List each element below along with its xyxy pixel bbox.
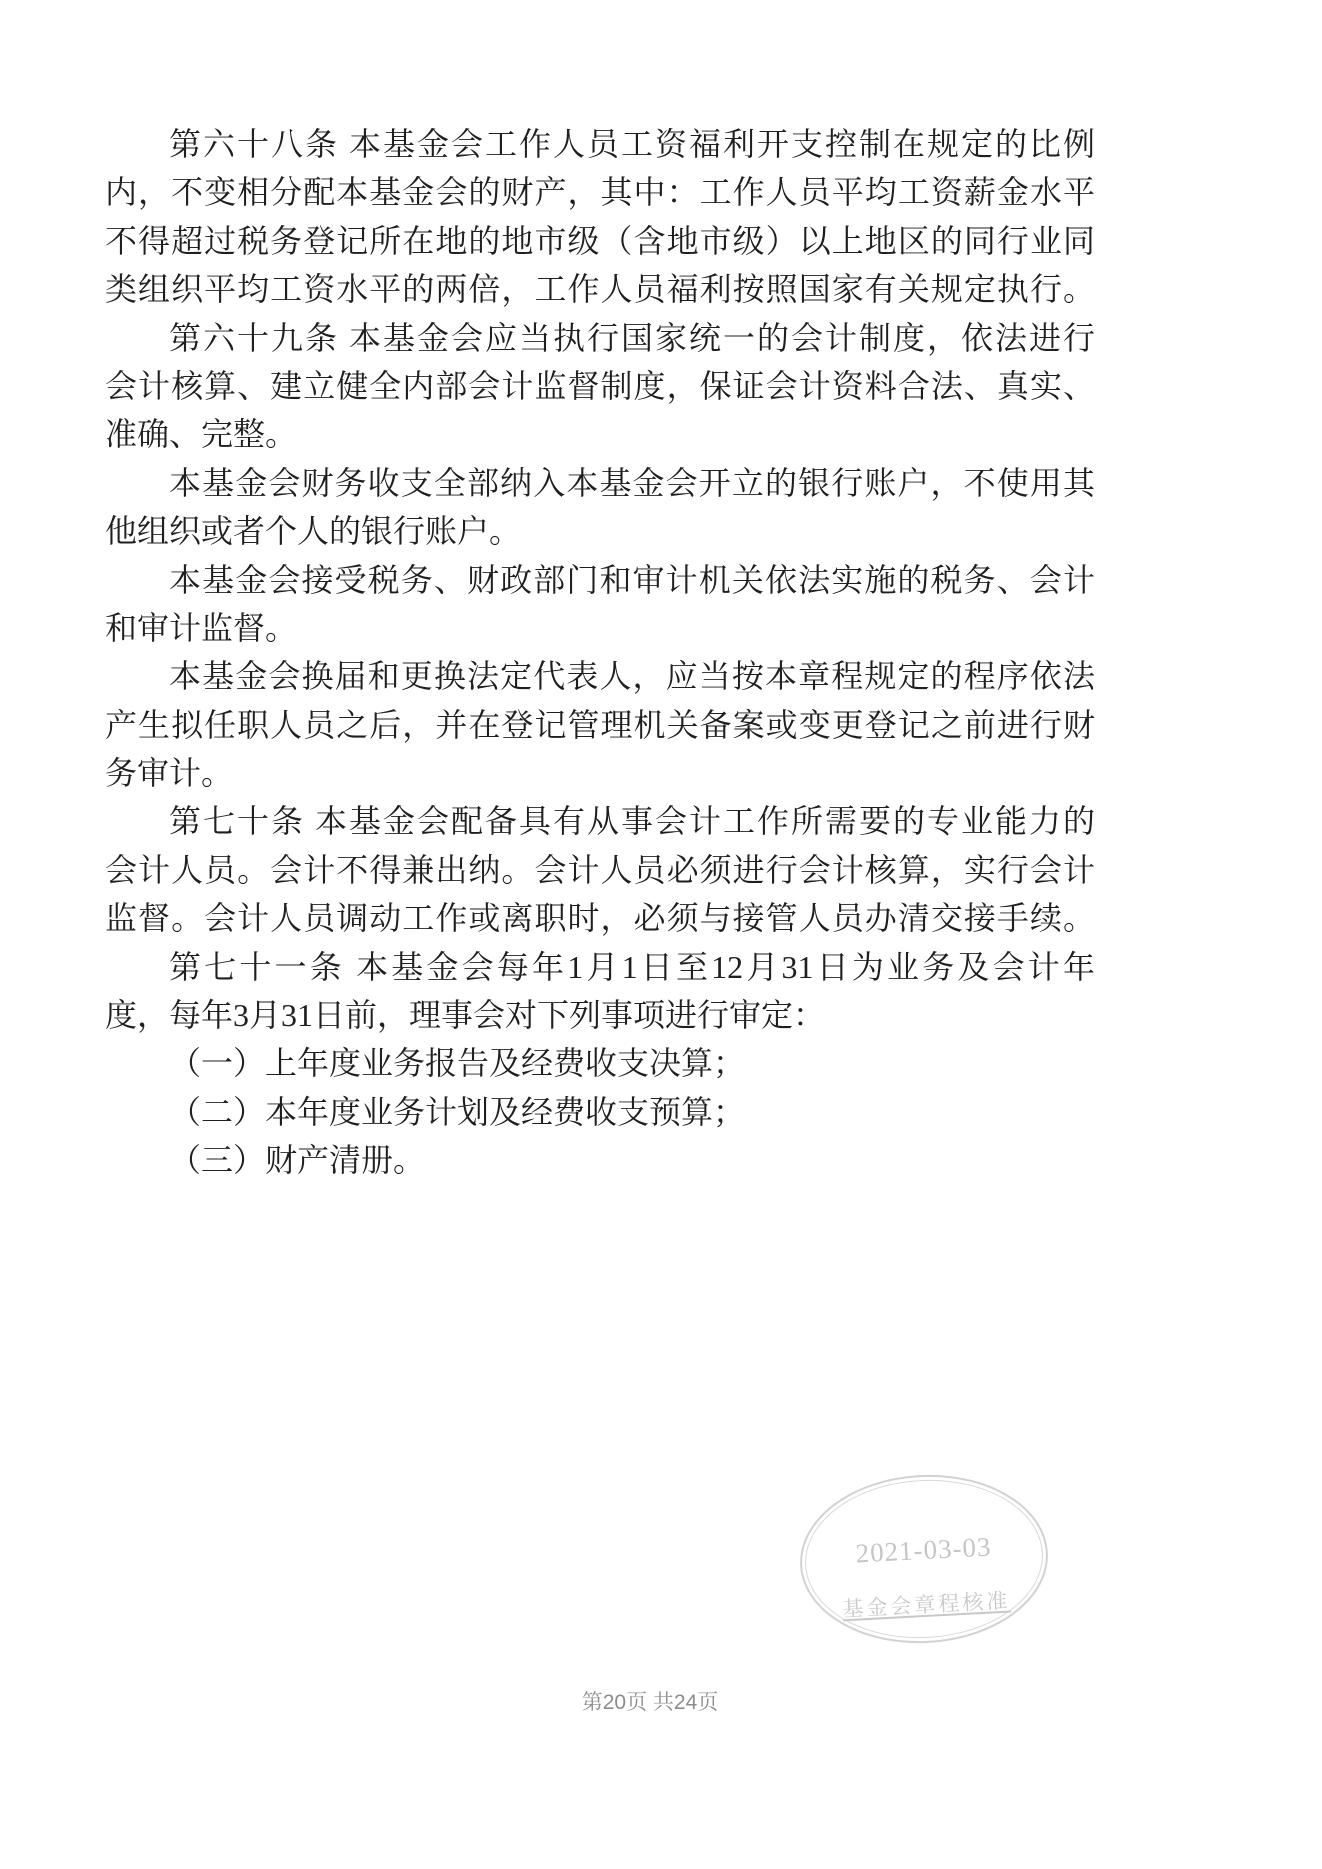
stamp-date-text: 2021-03-03 bbox=[801, 1529, 1046, 1573]
body-line-article-71: 第七十一条 本基金会每年1月1日至12月31日为业务及会计年 bbox=[105, 943, 1095, 991]
body-line: 度，每年3月31日前，理事会对下列事项进行审定： bbox=[105, 991, 1095, 1039]
page-number: 第20页 共24页 bbox=[0, 1686, 1300, 1716]
body-line: 会计核算、建立健全内部会计监督制度，保证会计资料合法、真实、 bbox=[105, 362, 1095, 410]
body-line: 不得超过税务登记所在地的地市级（含地市级）以上地区的同行业同 bbox=[105, 217, 1095, 265]
body-line: 类组织平均工资水平的两倍，工作人员福利按照国家有关规定执行。 bbox=[105, 265, 1095, 313]
body-line: 准确、完整。 bbox=[105, 410, 1095, 458]
body-line: 务审计。 bbox=[105, 749, 1095, 797]
body-line-article-68: 第六十八条 本基金会工作人员工资福利开支控制在规定的比例 bbox=[105, 120, 1095, 168]
body-line: 本基金会换届和更换法定代表人，应当按本章程规定的程序依法 bbox=[105, 652, 1095, 700]
document-page: 第六十八条 本基金会工作人员工资福利开支控制在规定的比例 内，不变相分配本基金会… bbox=[0, 0, 1322, 1869]
body-line-article-70: 第七十条 本基金会配备具有从事会计工作所需要的专业能力的 bbox=[105, 797, 1095, 845]
body-line: 产生拟任职人员之后，并在登记管理机关备案或变更登记之前进行财 bbox=[105, 701, 1095, 749]
body-line: 本基金会财务收支全部纳入本基金会开立的银行账户，不使用其 bbox=[105, 459, 1095, 507]
body-line-list-item-2: （二）本年度业务计划及经费收支预算； bbox=[105, 1088, 1095, 1136]
body-line: 内，不变相分配本基金会的财产，其中：工作人员平均工资薪金水平 bbox=[105, 168, 1095, 216]
approval-stamp: 2021-03-03 基金会章程核准 bbox=[796, 1469, 1052, 1650]
body-line: 本基金会接受税务、财政部门和审计机关依法实施的税务、会计 bbox=[105, 556, 1095, 604]
stamp-label-text: 基金会章程核准 bbox=[804, 1583, 1049, 1626]
body-line-list-item-1: （一）上年度业务报告及经费收支决算； bbox=[105, 1039, 1095, 1087]
body-line-article-69: 第六十九条 本基金会应当执行国家统一的会计制度，依法进行 bbox=[105, 314, 1095, 362]
body-line: 和审计监督。 bbox=[105, 604, 1095, 652]
body-line: 他组织或者个人的银行账户。 bbox=[105, 507, 1095, 555]
charter-text-block: 第六十八条 本基金会工作人员工资福利开支控制在规定的比例 内，不变相分配本基金会… bbox=[105, 120, 1095, 1185]
body-line: 会计人员。会计不得兼出纳。会计人员必须进行会计核算，实行会计 bbox=[105, 846, 1095, 894]
body-line-list-item-3: （三）财产清册。 bbox=[105, 1136, 1095, 1184]
body-line: 监督。会计人员调动工作或离职时，必须与接管人员办清交接手续。 bbox=[105, 894, 1095, 942]
